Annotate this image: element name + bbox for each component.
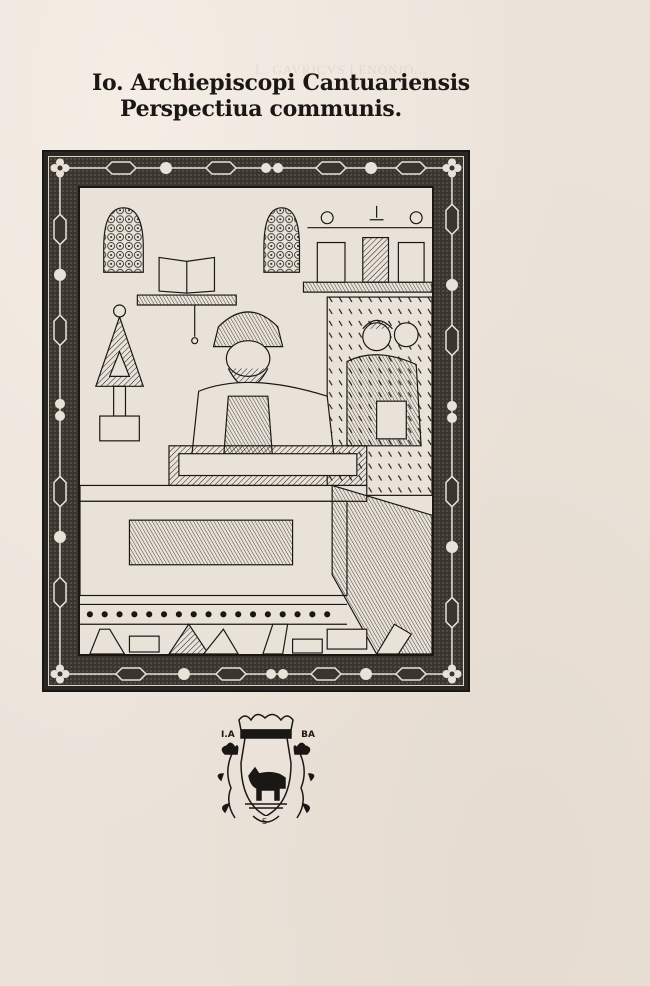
printers-mark: I.A BA S	[205, 708, 327, 833]
title-block: Io. Archiepiscopi Cantuariensis Perspect…	[92, 70, 470, 122]
title-line-1: Io. Archiepiscopi Cantuariensis	[92, 70, 470, 96]
corner-flower-icon	[50, 664, 70, 684]
border-chain-left	[52, 174, 68, 668]
corner-flower-icon	[442, 158, 462, 178]
printers-initial-left: I.A	[221, 730, 235, 740]
border-chain-bottom	[66, 666, 446, 682]
border-chain-top	[66, 160, 446, 176]
corner-flower-icon	[442, 664, 462, 684]
woodcut-illustration	[42, 150, 470, 692]
svg-text:S: S	[262, 817, 267, 826]
border-chain-right	[444, 174, 460, 668]
woodcut-scene	[78, 186, 434, 656]
corner-flower-icon	[50, 158, 70, 178]
title-line-2: Perspectiua communis.	[92, 96, 470, 122]
printers-initial-right: BA	[301, 730, 315, 740]
crowned-shield-fox-icon: S	[205, 708, 327, 833]
